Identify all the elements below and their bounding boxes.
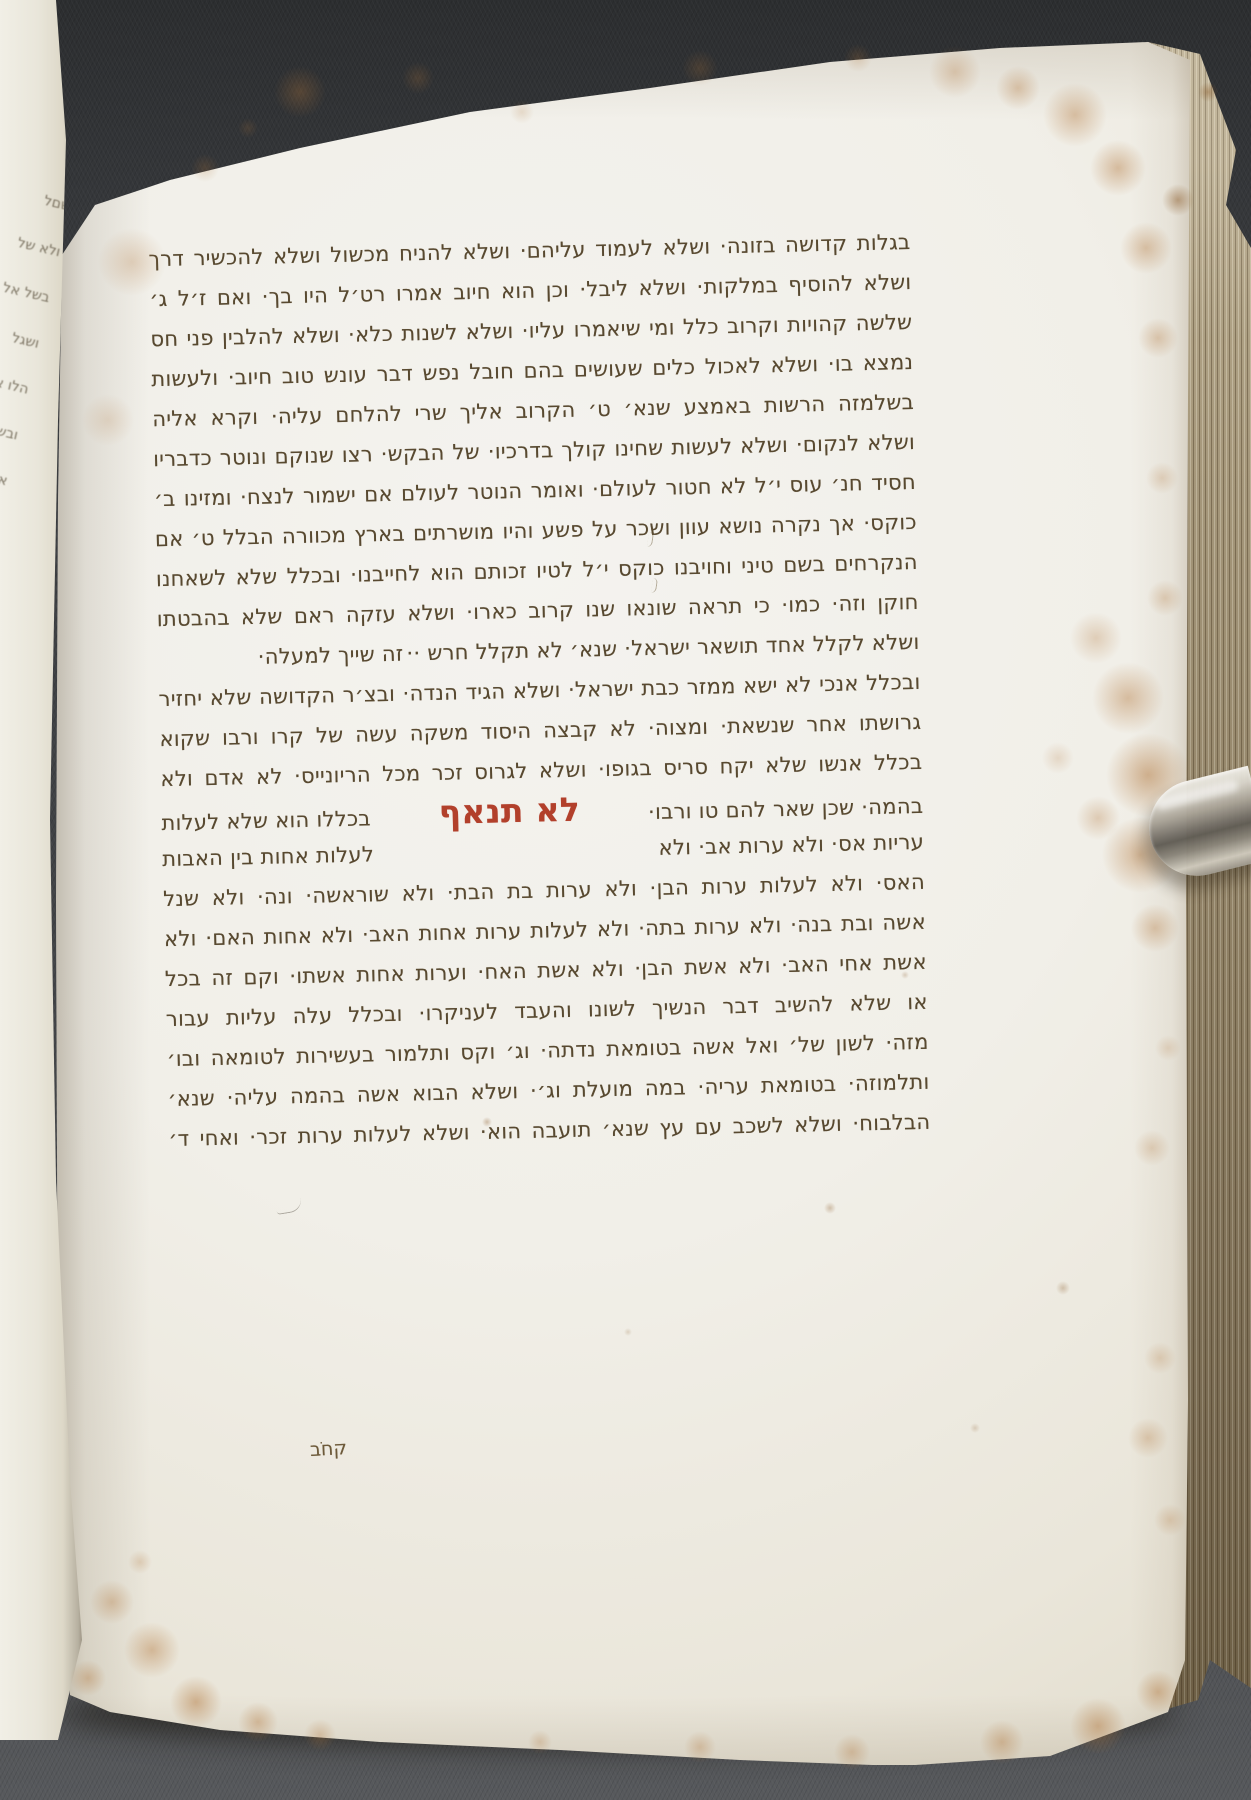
rubric-word: לא תנאף bbox=[438, 790, 580, 833]
line-segment: זה שייך למעלה· bbox=[257, 634, 404, 677]
text-block: בגלות קדושה בזונה· ושלא לעמוד עליהם· ושל… bbox=[148, 222, 931, 1159]
line-segment: לעלות אחות בין האבות bbox=[162, 834, 375, 879]
manuscript-page: בגלות קדושה בזונה· ושלא לעמוד עליהם· ושל… bbox=[55, 40, 1190, 1765]
pen-check-squiggle bbox=[275, 1198, 303, 1215]
line-segment: עריות אס· ולא ערות אב· ולא bbox=[658, 822, 924, 868]
manuscript-photo-scene: שםלולא שלבשל אלושגלהלו אםובשלאשל הםולש ב… bbox=[0, 0, 1251, 1800]
line-segment: הבלבוח· ושלא לשכב עם עץ שנא׳ תועבה הוא· … bbox=[168, 1110, 930, 1151]
quire-catchword: קחֹב bbox=[309, 1437, 347, 1461]
foxing-stain bbox=[274, 66, 326, 118]
foxing-stain bbox=[402, 62, 434, 94]
foxing-stain bbox=[238, 118, 258, 138]
